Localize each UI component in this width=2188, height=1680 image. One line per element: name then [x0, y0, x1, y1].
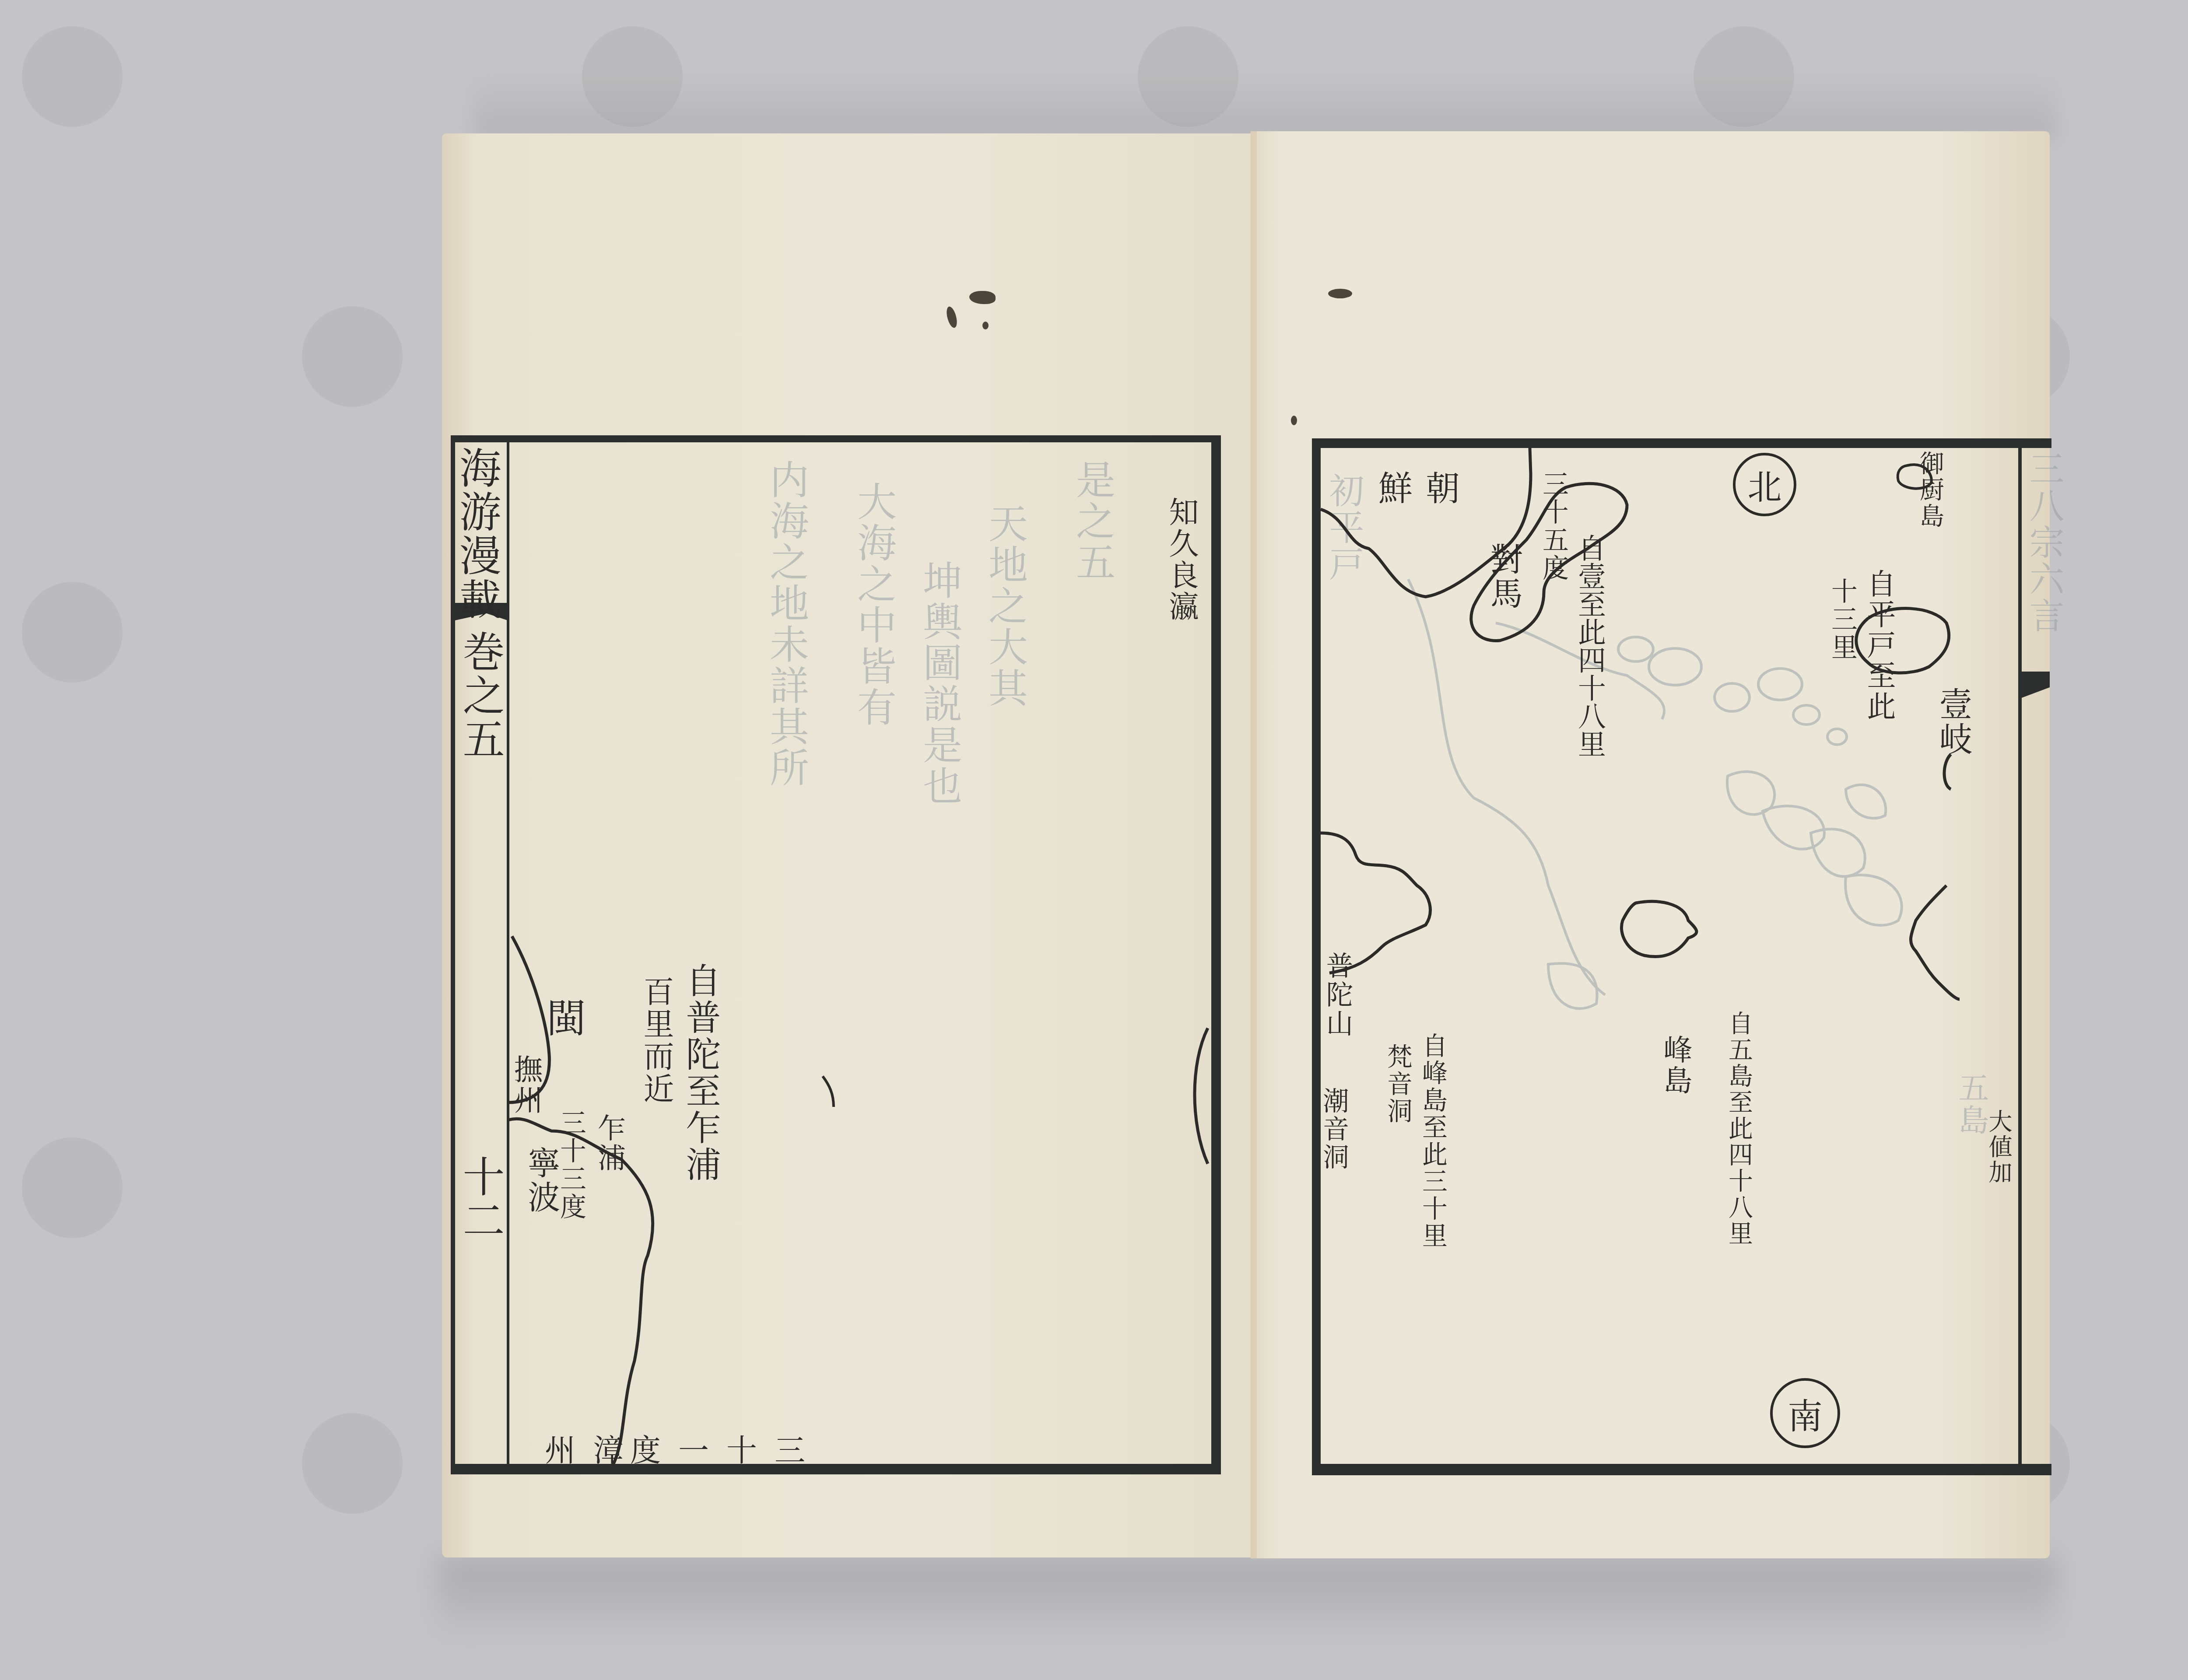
label-iki: 壹岐 — [1936, 687, 1970, 757]
south-label: 南 — [1788, 1388, 1823, 1438]
label-lat-33: 三十三度 — [558, 1109, 584, 1221]
label-distance-hirado: 十三里 — [1829, 577, 1855, 661]
label-chaoyin: 潮音洞 — [1321, 1087, 1347, 1171]
label-from-fengdao: 自峰島至此三十里 — [1420, 1032, 1445, 1249]
volume-label: 巻之五 — [459, 630, 501, 761]
label-mikuriya: 御厨島 — [1918, 451, 1942, 529]
label-putuoshan: 普陀山 — [1324, 952, 1351, 1038]
north-compass-marker: 北 — [1733, 453, 1796, 516]
label-tsushima: 對馬 — [1488, 542, 1520, 611]
label-chikura: 知久良瀛 — [1166, 497, 1196, 623]
label-fengdao: 峰島 — [1661, 1035, 1690, 1096]
label-min: 閩 — [543, 997, 582, 1039]
watermark-logo-icon — [1138, 26, 1238, 127]
label-fanyin: 梵音洞 — [1385, 1043, 1410, 1125]
label-zhangzhou: 漳州 — [545, 1426, 641, 1470]
watermark-logo-icon — [22, 26, 123, 127]
label-from-goto: 自五島至此四十八里 — [1726, 1011, 1751, 1247]
label-zhapu: 乍浦 — [595, 1113, 623, 1173]
label-from-iki: 自壹至此四十八里 — [1575, 534, 1603, 758]
south-compass-marker: 南 — [1770, 1378, 1840, 1448]
wormhole — [1291, 416, 1297, 425]
watermark-logo-icon — [582, 26, 683, 127]
label-lat-35: 三十五度 — [1540, 470, 1567, 582]
label-distance-putuo: 百里而近 — [641, 976, 672, 1105]
label-fuzhou: 撫州 — [511, 1054, 540, 1116]
bleed-through-margin-text: 三八宗六言 — [2026, 451, 2061, 634]
left-map-coastline — [508, 442, 1217, 1470]
watermark-logo-icon — [302, 1413, 403, 1514]
watermark-logo-icon — [22, 582, 123, 682]
watermark-logo-icon — [302, 306, 403, 407]
label-from-putuo: 自普陀至乍浦 — [683, 962, 718, 1183]
leaf-number: 十二 — [459, 1155, 501, 1242]
watermark-logo-icon — [1694, 26, 1794, 127]
book-title: 海游漫載 — [456, 446, 498, 621]
book-top-shadow — [473, 70, 2057, 140]
book-gutter — [1251, 131, 1257, 1558]
wormhole — [982, 322, 989, 329]
north-label: 北 — [1747, 460, 1781, 509]
right-map-drawing — [1321, 448, 2021, 1467]
label-from-hirado: 自平戸至此 — [1864, 569, 1893, 722]
label-taiwan: 大値加 — [1987, 1109, 2010, 1185]
book-bottom-shadow — [438, 1557, 2057, 1645]
label-ningbo: 寧波 — [525, 1146, 558, 1214]
wormhole — [1328, 289, 1352, 298]
watermark-logo-icon — [22, 1137, 123, 1238]
label-zhangzhou-lat: 三十一度 — [630, 1426, 823, 1470]
label-chosen: 朝鮮 — [1378, 462, 1473, 511]
